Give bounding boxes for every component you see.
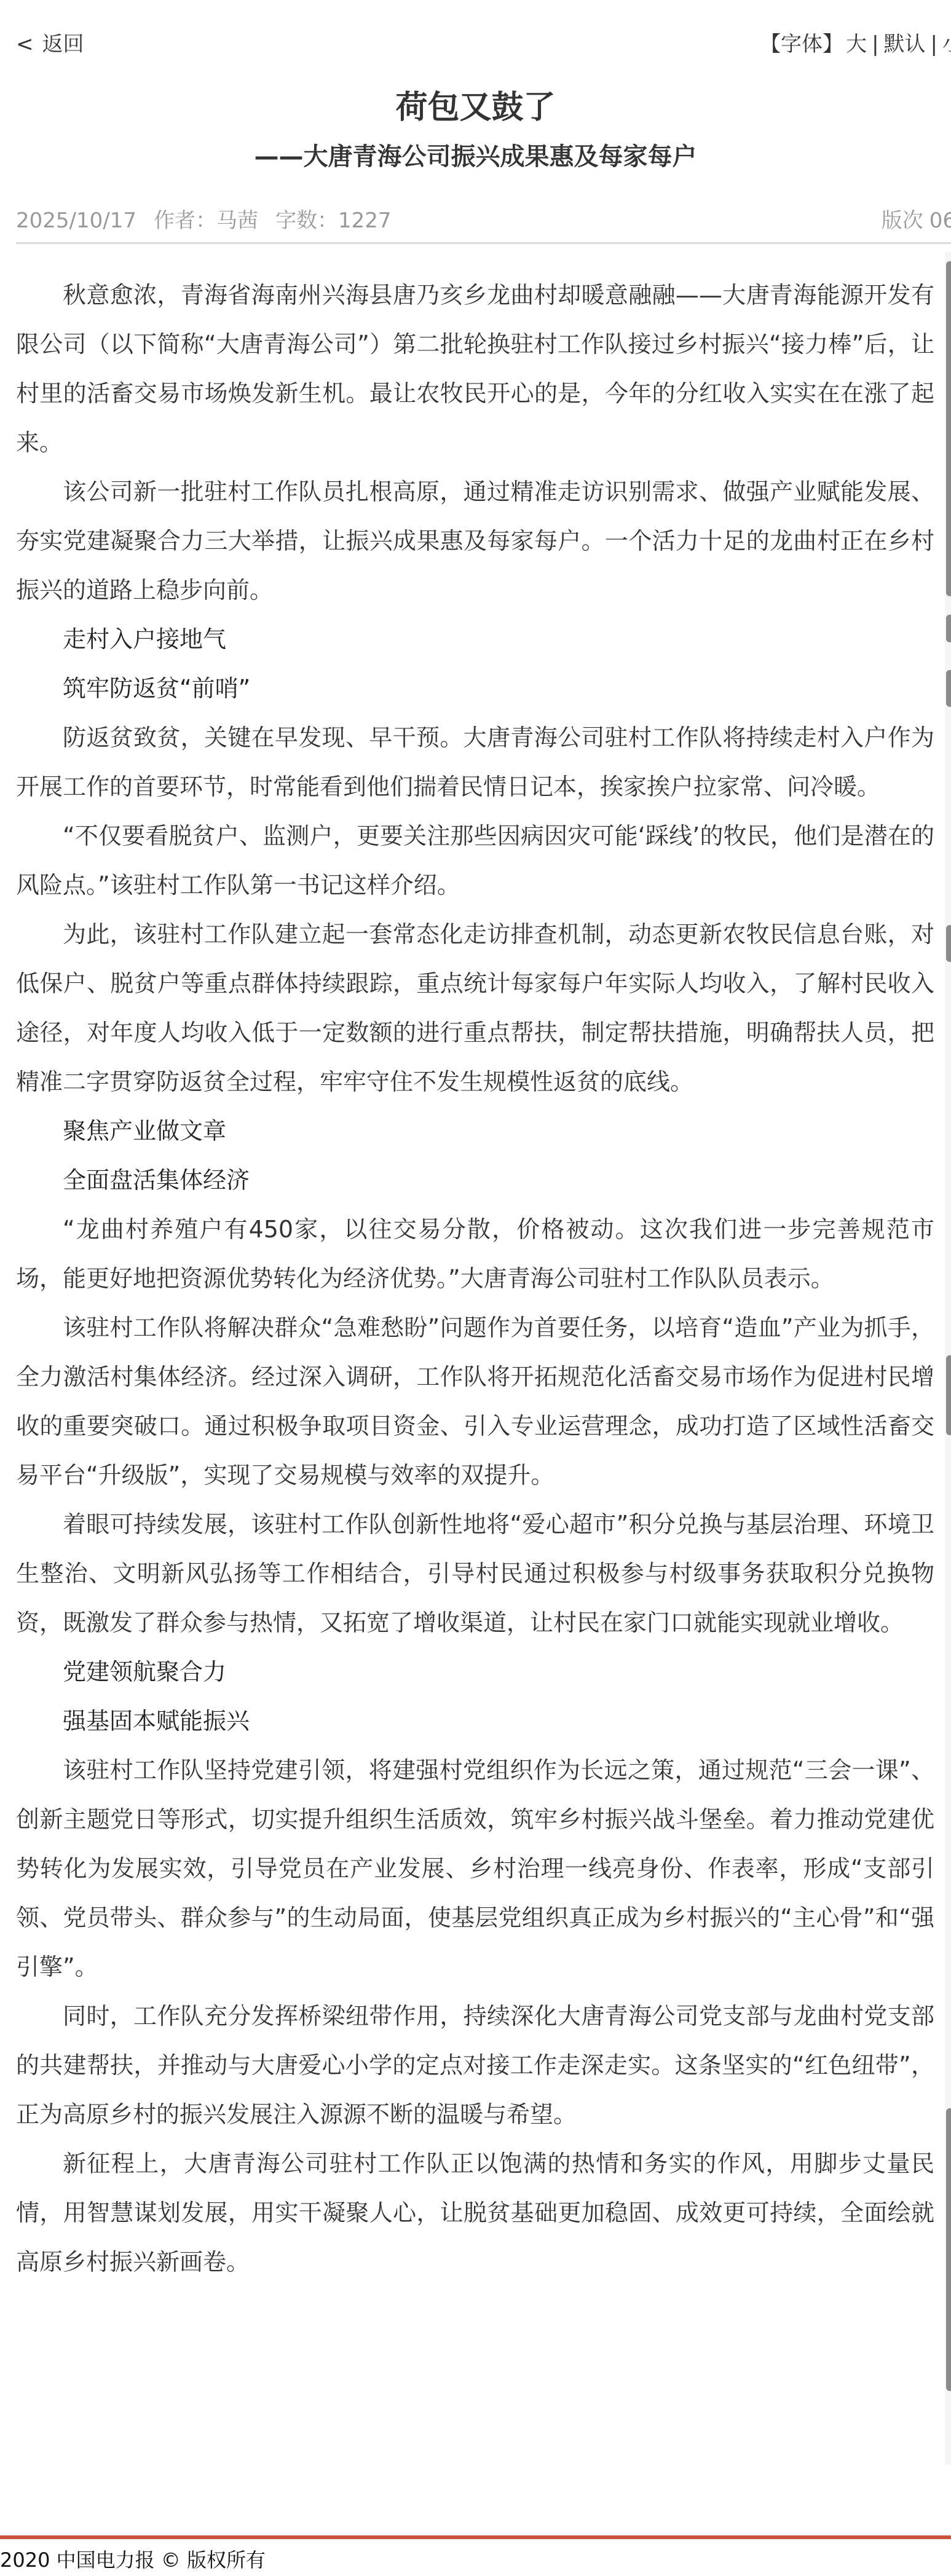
article-body: 秋意愈浓，青海省海南州兴海县唐乃亥乡龙曲村却暖意融融——大唐青海能源开发有限公司…	[16, 270, 934, 2286]
edition: 版次06	[882, 205, 951, 236]
article-meta: 2025/10/17作者：马茜字数：1227 版次06	[16, 205, 951, 236]
top-bar: <返回 【字体】大|默认|小	[0, 27, 951, 61]
scrollbar-thumb[interactable]	[946, 670, 951, 707]
paragraph: 该驻村工作队坚持党建引领，将建强村党组织作为长远之策，通过规范“三会一课”、创新…	[16, 1746, 934, 1991]
author: 作者：马茜	[154, 208, 258, 233]
section-subheading: 筑牢防返贫“前哨”	[16, 664, 934, 713]
section-subheading: 强基固本赋能振兴	[16, 1696, 934, 1746]
font-size-default[interactable]: 默认	[884, 32, 926, 57]
back-label: 返回	[42, 32, 84, 57]
scrollbar-thumb[interactable]	[946, 615, 951, 642]
paragraph: 该公司新一批驻村工作队员扎根高原，通过精准走访识别需求、做强产业赋能发展、夯实党…	[16, 467, 934, 615]
article-subtitle: ——大唐青海公司振兴成果惠及每家每户	[0, 138, 951, 175]
section-heading: 党建领航聚合力	[16, 1647, 934, 1696]
paragraph: 该驻村工作队将解决群众“急难愁盼”问题作为首要任务，以培育“造血”产业为抓手，全…	[16, 1303, 934, 1500]
separator: |	[872, 32, 878, 57]
scrollbar-thumb[interactable]	[946, 261, 951, 596]
section-heading: 走村入户接地气	[16, 615, 934, 664]
author-name: 马茜	[216, 208, 258, 233]
paragraph: “不仅要看脱贫户、监测户，更要关注那些因病因灾可能‘踩线’的牧民，他们是潜在的风…	[16, 811, 934, 910]
meta-divider	[16, 242, 951, 244]
scrollbar-thumb[interactable]	[946, 2108, 951, 2391]
author-label: 作者：	[154, 208, 216, 233]
edition-number: 06	[929, 208, 951, 233]
word-count-label: 字数：	[275, 208, 338, 233]
publish-date: 2025/10/17	[16, 208, 136, 233]
paragraph: 防返贫致贫，关键在早发现、早干预。大唐青海公司驻村工作队将持续走村入户作为开展工…	[16, 713, 934, 811]
word-count-value: 1227	[338, 208, 392, 233]
font-size-large[interactable]: 大	[846, 32, 867, 57]
paragraph: 着眼可持续发展，该驻村工作队创新性地将“爱心超市”积分兑换与基层治理、环境卫生整…	[16, 1500, 934, 1647]
font-size-small[interactable]: 小	[942, 32, 951, 57]
paragraph: 新征程上，大唐青海公司驻村工作队正以饱满的热情和务实的作风，用脚步丈量民情，用智…	[16, 2139, 934, 2286]
scrollbar-thumb[interactable]	[946, 1355, 951, 1435]
separator: |	[931, 32, 937, 57]
font-size-label: 【字体】	[760, 32, 843, 57]
scrollbar-thumb[interactable]	[946, 925, 951, 962]
paragraph: 同时，工作队充分发挥桥梁纽带作用，持续深化大唐青海公司党支部与龙曲村党支部的共建…	[16, 1991, 934, 2139]
section-subheading: 全面盘活集体经济	[16, 1156, 934, 1205]
back-link[interactable]: <返回	[16, 27, 84, 61]
edition-label: 版次	[882, 208, 923, 233]
paragraph: “龙曲村养殖户有450家，以往交易分散，价格被动。这次我们进一步完善规范市场，能…	[16, 1205, 934, 1303]
copyright: 2020 中国电力报 © 版权所有	[0, 2546, 266, 2574]
footer-accent-line	[0, 2535, 951, 2539]
word-count: 字数：1227	[275, 208, 392, 233]
paragraph: 为此，该驻村工作队建立起一套常态化走访排查机制，动态更新农牧民信息台账，对低保户…	[16, 910, 934, 1106]
font-size-switch: 【字体】大|默认|小	[760, 27, 951, 61]
chevron-left-icon: <	[16, 27, 34, 61]
article-title: 荷包又鼓了	[0, 86, 951, 129]
section-heading: 聚焦产业做文章	[16, 1106, 934, 1156]
paragraph: 秋意愈浓，青海省海南州兴海县唐乃亥乡龙曲村却暖意融融——大唐青海能源开发有限公司…	[16, 270, 934, 467]
